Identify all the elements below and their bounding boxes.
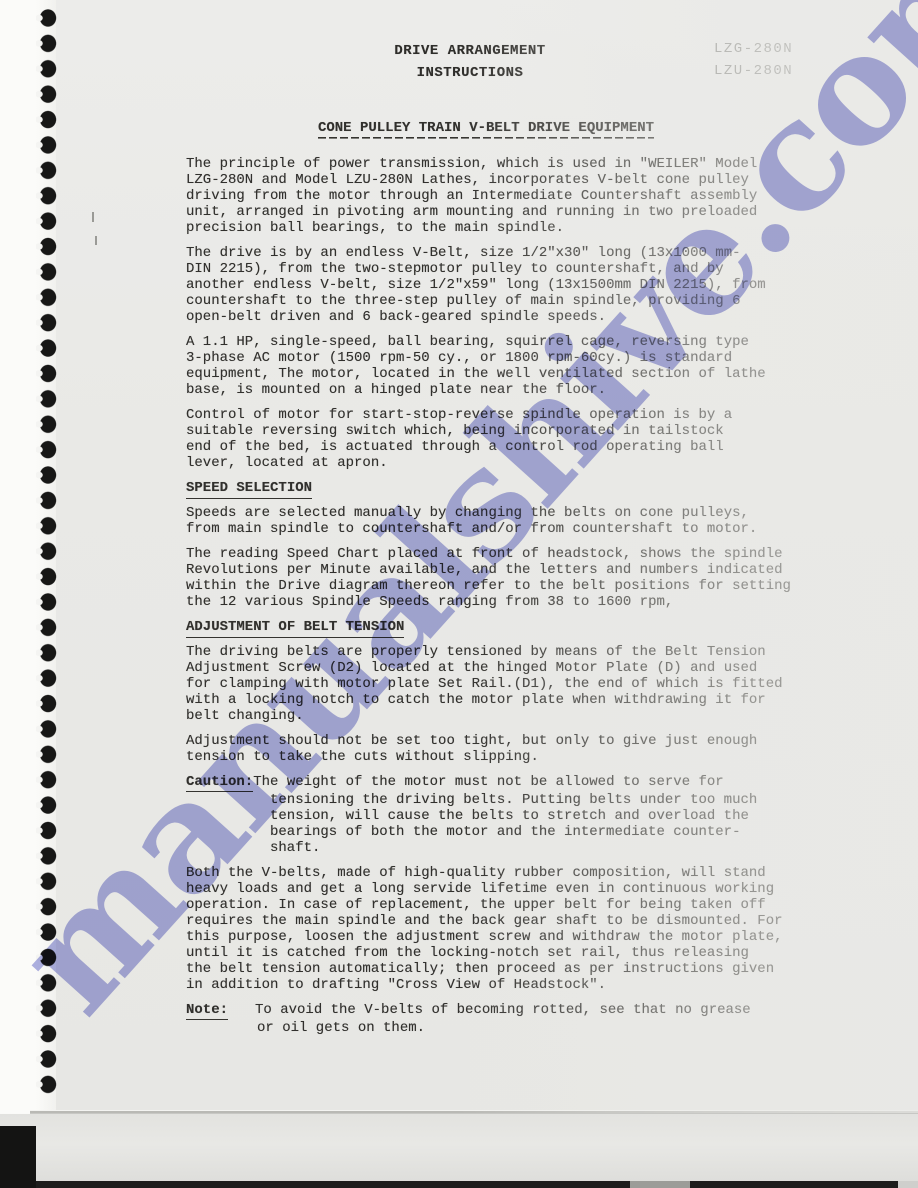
heading-speed-selection: SPEED SELECTION <box>186 480 830 499</box>
note-text: To avoid the V-belts of becoming rotted,… <box>255 1002 751 1036</box>
page-header: DRIVE ARRANGEMENT INSTRUCTIONS <box>330 40 610 84</box>
paragraph-motor: A 1.1 HP, single-speed, ball bearing, sq… <box>186 334 830 398</box>
section-title: CONE PULLEY TRAIN V-BELT DRIVE EQUIPMENT <box>164 120 808 139</box>
paragraph-intro: The principle of power transmission, whi… <box>186 156 830 236</box>
scan-corner-shadow <box>0 1126 36 1188</box>
scan-artifact-mark <box>95 236 97 245</box>
header-title-line2: INSTRUCTIONS <box>330 62 610 84</box>
scan-artifact-mark <box>92 212 94 222</box>
caution-block: Caution:The weight of the motor must not… <box>186 774 830 856</box>
scan-bottom-band <box>0 1181 918 1188</box>
paragraph-speeds: Speeds are selected manually by changing… <box>186 505 830 537</box>
note-label: Note: <box>186 1002 228 1020</box>
note-block: Note:To avoid the V-belts of becoming ro… <box>186 1002 830 1036</box>
scanner-bed <box>0 1114 918 1181</box>
paragraph-vbelts: Both the V-belts, made of high-quality r… <box>186 865 830 993</box>
paragraph-speed-chart: The reading Speed Chart placed at front … <box>186 546 830 610</box>
scanned-page: DRIVE ARRANGEMENT INSTRUCTIONS LZG-280N … <box>0 0 918 1188</box>
paragraph-control: Control of motor for start-stop-reverse … <box>186 407 830 471</box>
caution-label: Caution: <box>186 774 253 792</box>
header-title-line1: DRIVE ARRANGEMENT <box>330 40 610 62</box>
paragraph-tensioned: The driving belts are properly tensioned… <box>186 644 830 724</box>
model-number-2: LZU-280N <box>714 60 793 82</box>
paragraph-drive: The drive is by an endless V-Belt, size … <box>186 245 830 325</box>
caution-text: The weight of the motor must not be allo… <box>253 774 757 856</box>
model-numbers: LZG-280N LZU-280N <box>714 38 793 82</box>
model-number-1: LZG-280N <box>714 38 793 60</box>
section-title-text: CONE PULLEY TRAIN V-BELT DRIVE EQUIPMENT <box>318 120 654 139</box>
paragraph-adjustment: Adjustment should not be set too tight, … <box>186 733 830 765</box>
document-body: CONE PULLEY TRAIN V-BELT DRIVE EQUIPMENT… <box>186 120 830 1036</box>
spiral-binding-holes <box>36 6 58 1098</box>
heading-belt-tension: ADJUSTMENT OF BELT TENSION <box>186 619 830 638</box>
